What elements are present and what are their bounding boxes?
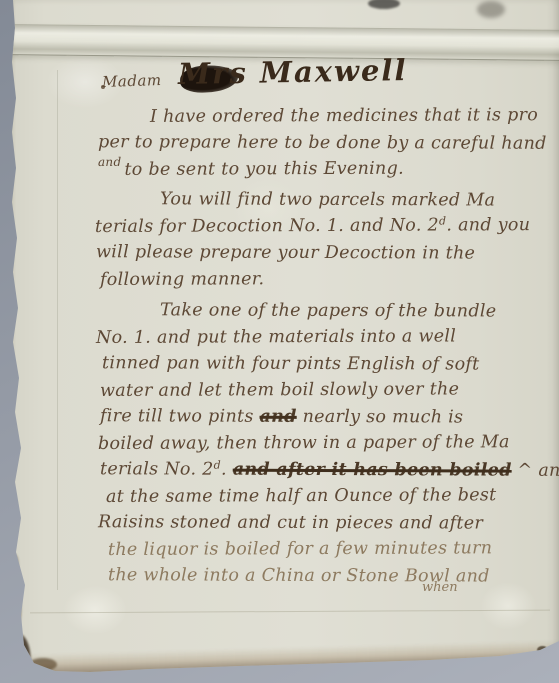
handwritten-text: terials No. 2 [100,459,214,479]
handwritten-text: will please prepare your Decoction in th… [96,242,475,263]
manuscript-line: water and let them boil slowly over the [100,379,555,407]
manuscript-line: Take one of the papers of the bundle [160,300,555,328]
struck-out-text: and [259,406,296,426]
manuscript-lines: I have ordered the medicines that it is … [10,106,555,592]
handwritten-text: water and let them boil slowly over the [100,379,459,401]
manuscript-line: No. 1. and put the materials into a well [96,326,555,355]
addressee: Mrs Maxwell [178,53,408,91]
handwritten-text: Take one of the papers of the bundle [160,300,496,321]
handwritten-text: boiled away, then throw in a paper of th… [98,432,510,454]
manuscript-line: following manner. [100,268,555,296]
handwritten-text: Raisins stoned and cut in pieces and aft… [98,512,483,533]
manuscript-line: the whole into a China or Stone Bowl and [108,565,555,593]
manuscript-line: the liquor is boiled for a few minutes t… [108,538,555,566]
handwritten-text: No. 1. and put the materials into a well [96,326,456,348]
handwritten-text: terials for Decoction No. 1. and No. 2 [95,216,439,238]
manuscript-line: terials for Decoction No. 1. and No. 2d.… [95,215,555,244]
manuscript-line: fire till two pints and nearly so much i… [100,406,555,434]
handwritten-text: following manner. [100,269,264,290]
torn-edge-fragment [5,553,20,582]
handwritten-text: the liquor is boiled for a few minutes t… [108,538,492,560]
handwritten-text: at the same time half an Ounce of the be… [106,485,497,507]
manuscript-line: will please prepare your Decoction in th… [96,242,555,270]
torn-edge-fragment [11,588,21,630]
ink-speck [101,85,105,89]
addressee-name: Mrs Maxwell [178,53,408,91]
inserted-word: and [98,155,122,169]
handwritten-text: d [214,458,221,471]
letter-content: Madam Mrs Maxwell I have ordered the med… [10,0,555,683]
handwritten-text: to be sent to you this Evening. [124,159,404,180]
struck-out-text: and after it has been boiled [233,459,512,480]
manuscript-line: terials No. 2d. and after it has been bo… [100,459,555,487]
manuscript-line: per to prepare here to be done by a care… [98,132,555,160]
manuscript-line: You will find two parcels marked Ma [160,189,555,217]
scan-background: Madam Mrs Maxwell I have ordered the med… [0,0,559,683]
handwritten-text: I have ordered the medicines that it is … [150,105,538,127]
handwritten-text: fire till two pints [100,406,260,427]
manuscript-line: at the same time half an Ounce of the be… [106,485,555,513]
manuscript-line: I have ordered the medicines that it is … [150,105,555,133]
handwritten-text: per to prepare here to be done by a care… [98,132,547,154]
handwritten-text: ^ and [512,460,559,480]
handwritten-text: nearly so much is [297,406,464,427]
handwritten-text: . and you [446,215,530,235]
paper-left-edge-shading [0,0,16,683]
manuscript-line: boiled away, then throw in a paper of th… [98,432,555,460]
handwritten-text: d [439,214,446,227]
salutation: Madam [102,71,162,91]
handwritten-text: You will find two parcels marked Ma [160,189,495,210]
handwritten-text: tinned pan with four pints English of so… [102,353,480,374]
handwritten-text: . [221,459,233,479]
manuscript-line: tinned pan with four pints English of so… [102,353,555,381]
manuscript-line: Raisins stoned and cut in pieces and aft… [98,512,555,540]
manuscript-line: andto be sent to you this Evening. [98,158,555,186]
letter-page: Madam Mrs Maxwell I have ordered the med… [0,0,559,683]
catchword: when [422,580,458,595]
